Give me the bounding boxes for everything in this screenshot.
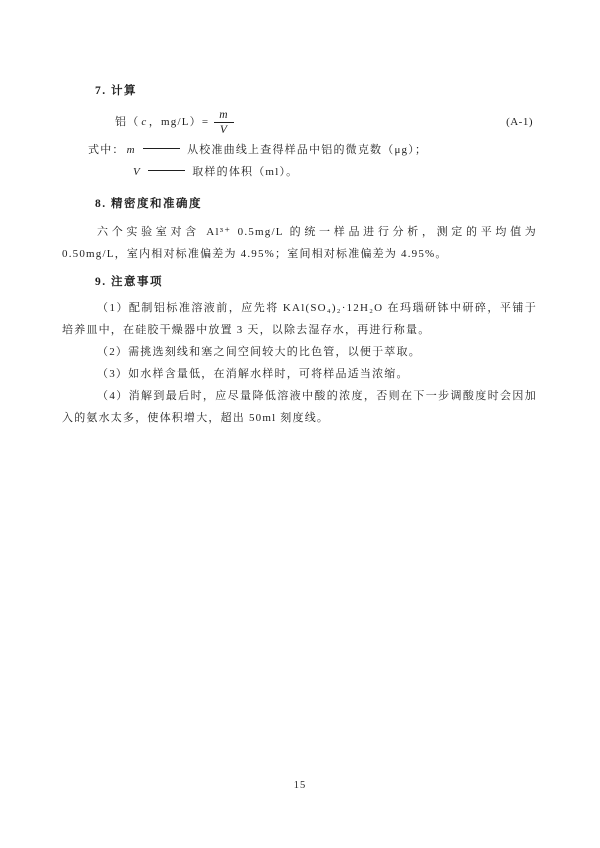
document-page: 7. 计算 铝（c，mg/L）= m V (A-1) 式中：m从校准曲线上查得样… [0,0,600,848]
where-var-m: m [125,144,137,156]
where-text-v: 取样的体积（ml）。 [192,166,298,178]
dash-line [148,170,185,172]
page-number: 15 [0,780,600,791]
formula-lhs-mid: ，mg/L）= [149,111,209,133]
where-text-m: 从校准曲线上查得样品中铝的微克数（μg）； [187,144,427,156]
section-9-items: （1）配制铝标准溶液前，应先将 KAl(SO₄)₂·12H₂O 在玛瑙研钵中研碎… [62,297,537,429]
section-9-heading: 9. 注意事项 [62,275,537,290]
section-7-heading: 7. 计算 [62,84,537,99]
formula-var-c: c [139,111,148,133]
where-line-m: 式中：m从校准曲线上查得样品中铝的微克数（μg）； [62,139,537,161]
section-8-paragraph: 六个实验室对含 Al³⁺ 0.5mg/L 的统一样品进行分析，测定的平均值为 0… [62,221,537,265]
dash-line [143,148,180,150]
formula-a1: 铝（c，mg/L）= m V (A-1) [62,105,537,139]
formula-fraction: m V [214,108,234,137]
section-8-heading: 8. 精密度和准确度 [62,197,537,212]
formula-lhs-prefix: 铝（ [115,111,139,133]
note-item-3: （3）如水样含量低，在消解水样时，可将样品适当浓缩。 [62,363,537,385]
note-item-4: （4）消解到最后时，应尽量降低溶液中酸的浓度，否则在下一步调酸度时会因加入的氨水… [62,385,537,429]
where-var-v: V [131,166,142,178]
note-item-2: （2）需挑选刻线和塞之间空间较大的比色管，以便于萃取。 [62,341,537,363]
equation-number: (A-1) [506,111,533,133]
where-label: 式中： [88,144,125,156]
note-item-1: （1）配制铝标准溶液前，应先将 KAl(SO₄)₂·12H₂O 在玛瑙研钵中研碎… [62,297,537,341]
formula-numerator: m [214,108,234,122]
page-content: 7. 计算 铝（c，mg/L）= m V (A-1) 式中：m从校准曲线上查得样… [62,84,537,429]
formula-denominator: V [214,122,234,137]
where-line-v: V取样的体积（ml）。 [62,161,537,183]
